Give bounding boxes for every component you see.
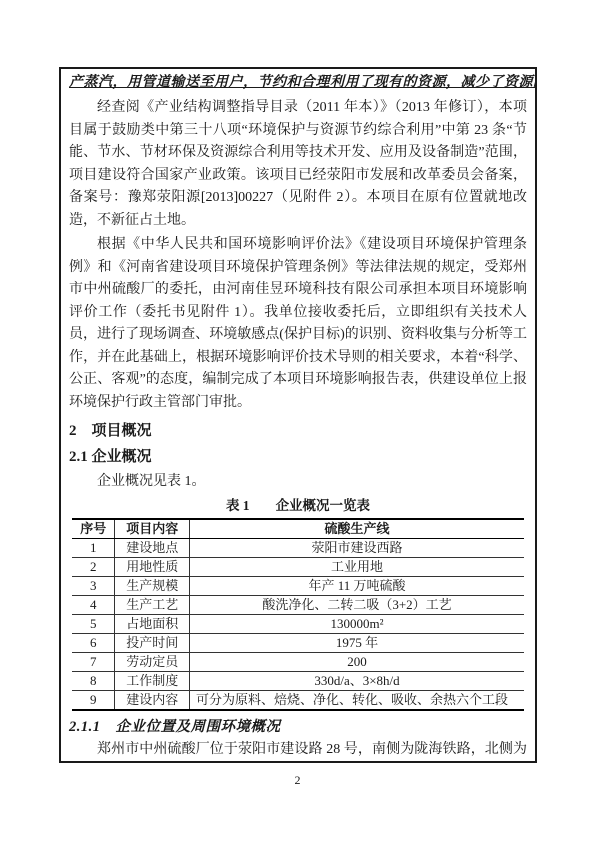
row-value-cell: 1975 年 [190,633,524,652]
table-row: 4生产工艺酸洗净化、二转二吸（3+2）工艺 [72,595,524,614]
paragraph-eia-commission: 根据《中华人民共和国环境影响评价法》《建设项目环境保护管理条例》和《河南省建设项… [69,234,527,414]
paragraph-table-reference: 企业概况见表 1。 [69,471,527,494]
paragraph-industrial-policy: 经查阅《产业结构调整指导目录（2011 年本）》（2013 年修订），本项目属于… [69,97,527,232]
row-index-cell: 4 [72,595,115,614]
row-index-cell: 8 [72,671,115,690]
section-heading-enterprise-overview: 2.1 企业概况 [69,447,527,467]
row-value-cell: 年产 11 万吨硫酸 [190,576,524,595]
row-item-cell: 生产规模 [115,576,190,595]
column-header-production-line: 硫酸生产线 [190,519,524,539]
page-number: 2 [0,773,595,788]
row-value-cell: 200 [190,652,524,671]
row-value-cell: 荥阳市建设西路 [190,538,524,557]
table-row: 7劳动定员200 [72,652,524,671]
row-item-cell: 建设内容 [115,690,190,710]
table-caption: 表 1企业概况一览表 [69,497,527,515]
page-border-frame: 产蒸汽，用管道输送至用户，节约和合理利用了现有的资源，减少了资源的占用和消耗。 … [59,67,537,763]
row-index-cell: 1 [72,538,115,557]
table-caption-title: 企业概况一览表 [276,498,371,513]
row-item-cell: 劳动定员 [115,652,190,671]
row-index-cell: 6 [72,633,115,652]
column-header-index: 序号 [72,519,115,539]
carryover-sentence: 产蒸汽，用管道输送至用户，节约和合理利用了现有的资源，减少了资源的占用和消耗。 [69,72,527,93]
table-row: 5占地面积130000m² [72,614,524,633]
table-row: 9建设内容可分为原料、焙烧、净化、转化、吸收、余热六个工段 [72,690,524,710]
paragraph-location-description: 郑州市中州硫酸厂位于荥阳市建设路 28 号，南侧为陇海铁路，北侧为耕地，西侧紧邻… [69,739,527,764]
row-item-cell: 占地面积 [115,614,190,633]
table-row: 8工作制度330d/a、3×8h/d [72,671,524,690]
section-heading-location-surroundings: 2.1.1 企业位置及周围环境概况 [69,717,527,737]
row-value-cell: 可分为原料、焙烧、净化、转化、吸收、余热六个工段 [190,690,524,710]
row-index-cell: 3 [72,576,115,595]
row-item-cell: 建设地点 [115,538,190,557]
row-index-cell: 2 [72,557,115,576]
table-caption-label: 表 1 [226,498,250,513]
table-header-row: 序号 项目内容 硫酸生产线 [72,519,524,539]
enterprise-table-body: 1建设地点荥阳市建设西路2用地性质工业用地3生产规模年产 11 万吨硫酸4生产工… [72,538,524,710]
row-value-cell: 酸洗净化、二转二吸（3+2）工艺 [190,595,524,614]
row-value-cell: 工业用地 [190,557,524,576]
row-item-cell: 工作制度 [115,671,190,690]
section-heading-project-overview: 2 项目概况 [69,421,527,441]
row-value-cell: 130000m² [190,614,524,633]
document-page: { "document": { "carryover_line": "产蒸汽，用… [0,0,595,841]
row-value-cell: 330d/a、3×8h/d [190,671,524,690]
table-row: 1建设地点荥阳市建设西路 [72,538,524,557]
column-header-item: 项目内容 [115,519,190,539]
row-index-cell: 7 [72,652,115,671]
row-item-cell: 投产时间 [115,633,190,652]
row-index-cell: 5 [72,614,115,633]
row-item-cell: 生产工艺 [115,595,190,614]
enterprise-overview-table: 序号 项目内容 硫酸生产线 1建设地点荥阳市建设西路2用地性质工业用地3生产规模… [72,518,524,711]
row-item-cell: 用地性质 [115,557,190,576]
row-index-cell: 9 [72,690,115,710]
table-row: 6投产时间1975 年 [72,633,524,652]
table-row: 2用地性质工业用地 [72,557,524,576]
table-row: 3生产规模年产 11 万吨硫酸 [72,576,524,595]
